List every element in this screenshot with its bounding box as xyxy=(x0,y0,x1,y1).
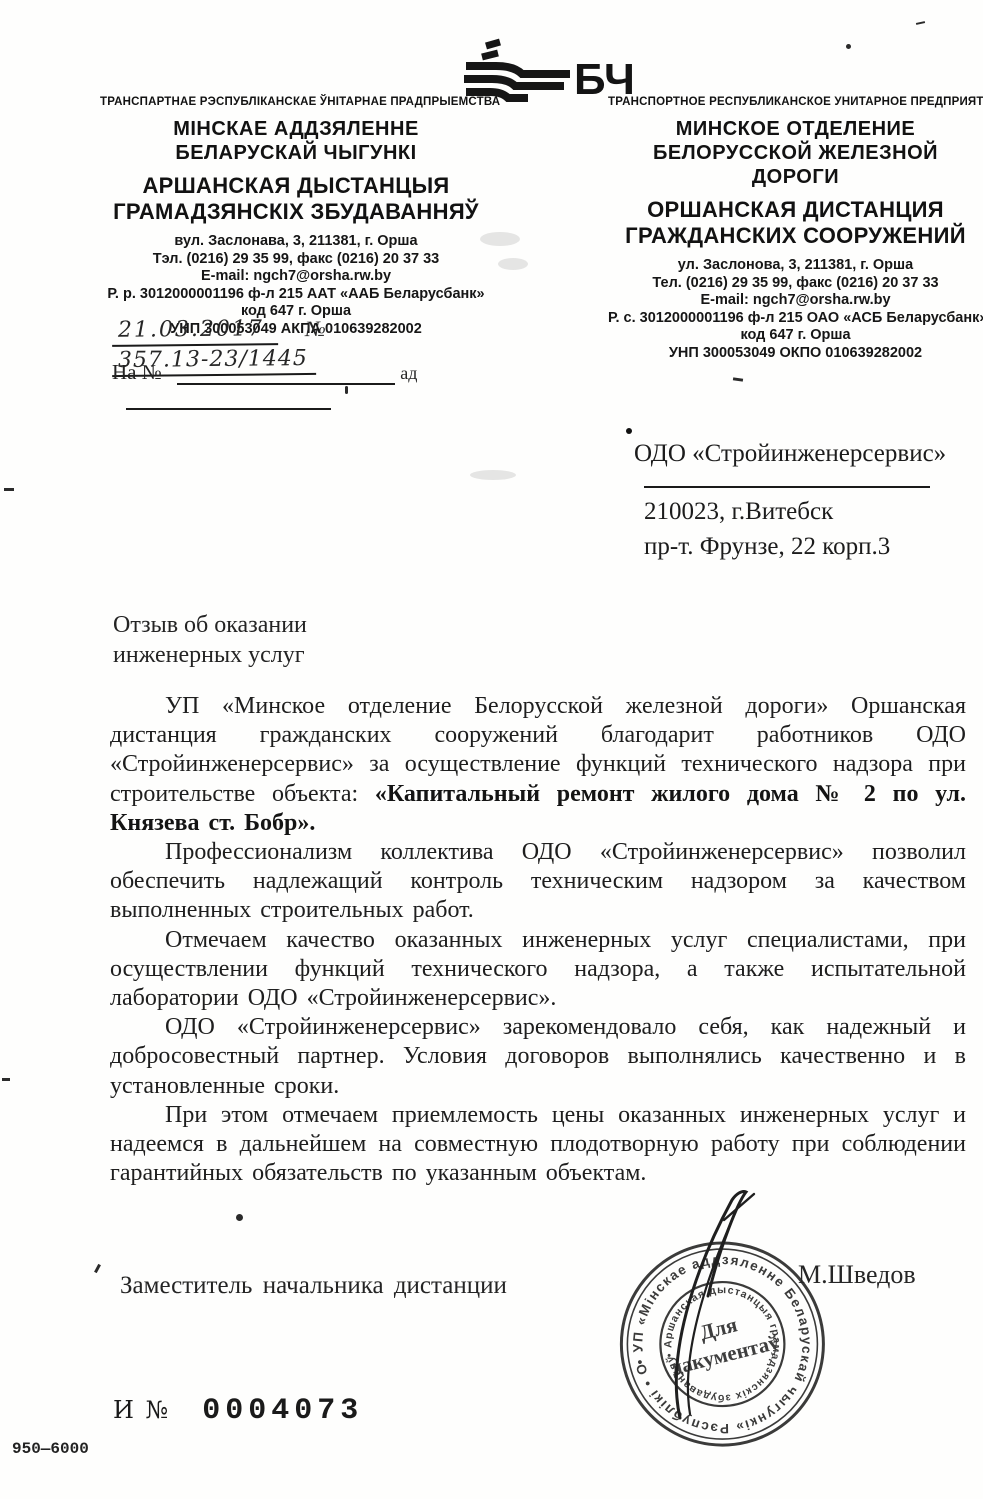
address-ru: ул. Заслонова, 3, 211381, г. Орша xyxy=(608,257,983,275)
registration-number-value: 0004073 xyxy=(202,1394,363,1428)
reply-reference-row: На № ад xyxy=(112,360,592,410)
form-code: 950—6000 xyxy=(12,1440,89,1458)
addressee-block: ОДО «Стройинженерсервис» 210023, г.Витеб… xyxy=(622,438,962,564)
scan-speck xyxy=(733,377,743,381)
letter-subject: Отзыв об оказании инженерных услуг xyxy=(113,610,443,670)
number-sign: № xyxy=(305,316,326,342)
scan-speck xyxy=(2,1078,10,1081)
reply-separator: ад xyxy=(400,363,417,383)
reply-prefix: На № xyxy=(112,360,162,384)
scan-speck xyxy=(345,386,348,394)
outgoing-date-handwritten: 21.03.2017 xyxy=(112,316,278,347)
paragraph-2: Профессионализм коллектива ОДО «Стройинж… xyxy=(110,838,966,926)
division-ru: МИНСКОЕ ОТДЕЛЕНИЕ БЕЛОРУССКОЙ ЖЕЛЕЗНОЙ Д… xyxy=(608,117,983,189)
scan-smudge xyxy=(480,232,520,246)
reply-date-blank xyxy=(126,390,331,410)
scan-smudge xyxy=(498,258,528,270)
phone-by: Тэл. (0216) 29 35 99, факс (0216) 20 37 … xyxy=(100,251,492,269)
contact-ru: ул. Заслонова, 3, 211381, г. Орша Тел. (… xyxy=(608,257,983,362)
paragraph-4: ОДО «Стройинженерсервис» зарекомендовало… xyxy=(110,1013,966,1101)
ids-ru: УНП 300053049 ОКПО 010639282002 xyxy=(608,345,983,363)
letterhead-right: ТРАНСПОРТНОЕ РЕСПУБЛИКАНСКОЕ УНИТАРНОЕ П… xyxy=(608,96,983,362)
scan-speck xyxy=(916,21,925,25)
paragraph-3: Отмечаем качество оказанных инженерных у… xyxy=(110,926,966,1014)
registration-number-label: И № xyxy=(113,1396,170,1424)
addressee-company: ОДО «Стройинженерсервис» xyxy=(634,438,962,470)
unit-ru: ОРШАНСКАЯ ДИСТАНЦИЯ ГРАЖДАНСКИХ СООРУЖЕН… xyxy=(608,197,983,249)
signature-strokes-icon xyxy=(628,1186,838,1436)
division-by: МІНСКАЕ АДДЗЯЛЕННЕ БЕЛАРУСКАЙ ЧЫГУНКІ xyxy=(100,117,492,165)
registration-number: И № 0004073 xyxy=(113,1394,363,1428)
paragraph-5: При этом отмечаем приемлемость цены оказ… xyxy=(110,1101,966,1189)
paragraph-1: УП «Минское отделение Белорусской железн… xyxy=(110,692,966,838)
scan-smudge xyxy=(470,470,516,480)
org-type-by: ТРАНСПАРТНАЕ РЭСПУБЛІКАНСКАЕ ЎНІТАРНАЕ П… xyxy=(100,96,492,108)
handwritten-signature xyxy=(628,1186,838,1441)
scan-dot xyxy=(626,428,632,434)
scan-speck xyxy=(94,1264,101,1273)
org-type-ru: ТРАНСПОРТНОЕ РЕСПУБЛИКАНСКОЕ УНИТАРНОЕ П… xyxy=(608,96,983,108)
email-by: E-mail: ngch7@orsha.rw.by xyxy=(100,268,492,286)
addressee-underline xyxy=(644,486,930,488)
signer-title: Заместитель начальника дистанции xyxy=(120,1272,507,1300)
scan-speck xyxy=(846,44,851,49)
email-ru: E-mail: ngch7@orsha.rw.by xyxy=(608,292,983,310)
scanned-letter-page: БЧ ТРАНСПАРТНАЕ РЭСПУБЛІКАНСКАЕ ЎНІТАРНА… xyxy=(0,0,983,1499)
letterhead-left: ТРАНСПАРТНАЕ РЭСПУБЛІКАНСКАЕ ЎНІТАРНАЕ П… xyxy=(100,96,492,338)
letter-body: УП «Минское отделение Белорусской железн… xyxy=(110,692,966,1188)
addressee-address: 210023, г.Витебск пр-т. Фрунзе, 22 корп.… xyxy=(644,494,962,564)
scan-speck xyxy=(236,1214,243,1221)
account-by: Р. р. 3012000001196 ф-л 215 ААТ «ААБ Бел… xyxy=(100,286,492,304)
address-by: вул. Заслонава, 3, 211381, г. Орша xyxy=(100,233,492,251)
phone-ru: Тел. (0216) 29 35 99, факс (0216) 20 37 … xyxy=(608,275,983,293)
reply-number-blank xyxy=(177,365,395,385)
bank-code-ru: код 647 г. Орша xyxy=(608,327,983,345)
scan-speck xyxy=(4,488,14,491)
unit-by: АРШАНСКАЯ ДЫСТАНЦЫЯ ГРАМАДЗЯНСКІХ ЗБУДАВ… xyxy=(100,173,492,225)
account-ru: Р. с. 3012000001196 ф-л 215 ОАО «АСБ Бел… xyxy=(608,310,983,328)
